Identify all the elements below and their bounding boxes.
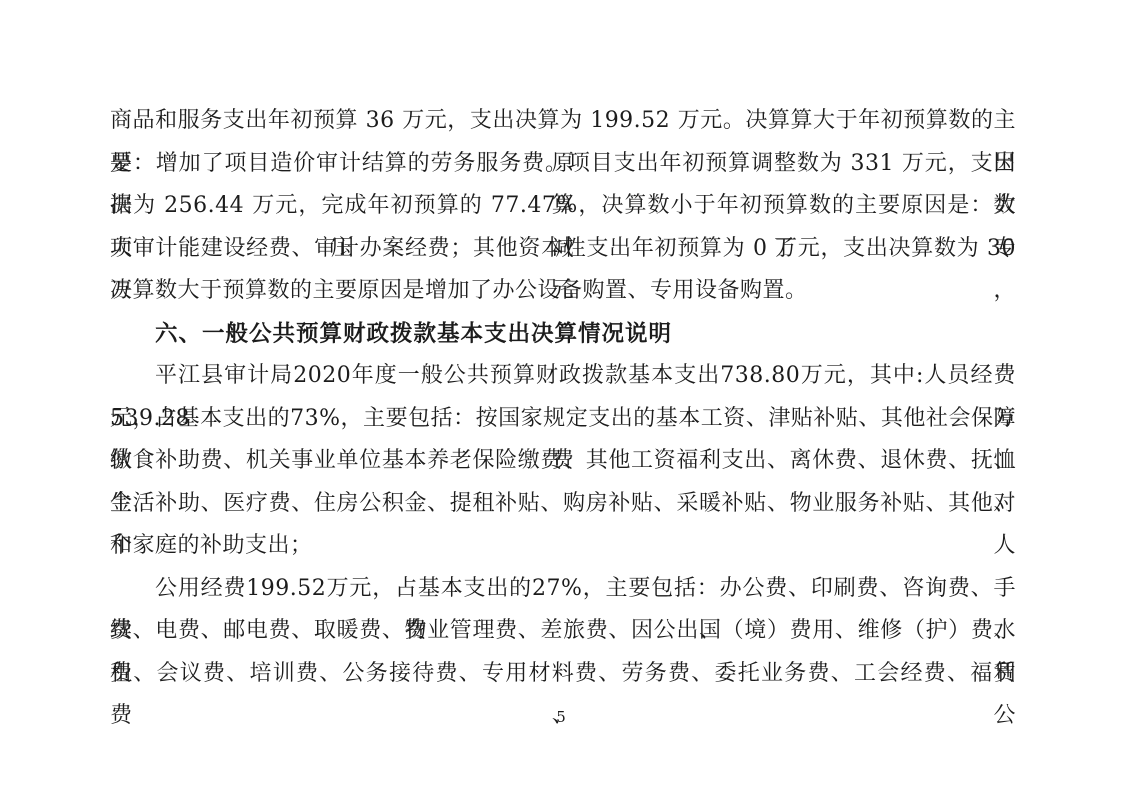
document-text-block: 商品和服务支出年初预算 36 万元，支出决算为 199.52 万元。决算算大于年… [110, 100, 1016, 695]
text-line: 商品和服务支出年初预算 36 万元，支出决算为 199.52 万元。决算算大于年… [110, 100, 1016, 143]
text-line: 公用经费199.52万元，占基本支出的27%，主要包括：办公费、印刷费、咨询费、… [110, 568, 1016, 611]
text-line: 是：增加了项目造价审计结算的劳务服务费。项目支出年初预算调整数为 331 万元，… [110, 143, 1016, 186]
text-line: 费、会议费、培训费、公务接待费、专用材料费、劳务费、委托业务费、工会经费、福利费… [110, 653, 1016, 696]
text-line: 生活补助、医疗费、住房公积金、提租补贴、购房补贴、采暖补贴、物业服务补贴、其他对… [110, 483, 1016, 526]
text-line: 项审计能建设经费、审计办案经费；其他资本性支出年初预算为 0 万元，支出决算数为… [110, 228, 1016, 271]
page-number: 5 [0, 708, 1122, 726]
section-heading: 六、一般公共预算财政拨款基本支出决算情况说明 [110, 313, 1016, 356]
paragraph-public-funds: 公用经费199.52万元，占基本支出的27%，主要包括：办公费、印刷费、咨询费、… [110, 568, 1016, 696]
paragraph-basic-expenditure: 平江县审计局2020年度一般公共预算财政拨款基本支出738.80万元，其中:人员… [110, 355, 1016, 568]
text-line: 费、电费、邮电费、取暖费、物业管理费、差旅费、因公出国（境）费用、维修（护）费、… [110, 610, 1016, 653]
paragraph-project-expenditure: 商品和服务支出年初预算 36 万元，支出决算为 199.52 万元。决算算大于年… [110, 100, 1016, 313]
text-line: 元，占基本支出的73%，主要包括：按国家规定支出的基本工资、津贴补贴、其他社会保… [110, 398, 1016, 441]
document-page: 商品和服务支出年初预算 36 万元，支出决算为 199.52 万元。决算算大于年… [0, 0, 1122, 793]
text-line: 伙食补助费、机关事业单位基本养老保险缴费、其他工资福利支出、离休费、退休费、抚恤… [110, 440, 1016, 483]
text-line: 平江县审计局2020年度一般公共预算财政拨款基本支出738.80万元，其中:人员… [110, 355, 1016, 398]
text-line: 据为 256.44 万元，完成年初预算的 77.47%，决算数小于年初预算数的主… [110, 185, 1016, 228]
